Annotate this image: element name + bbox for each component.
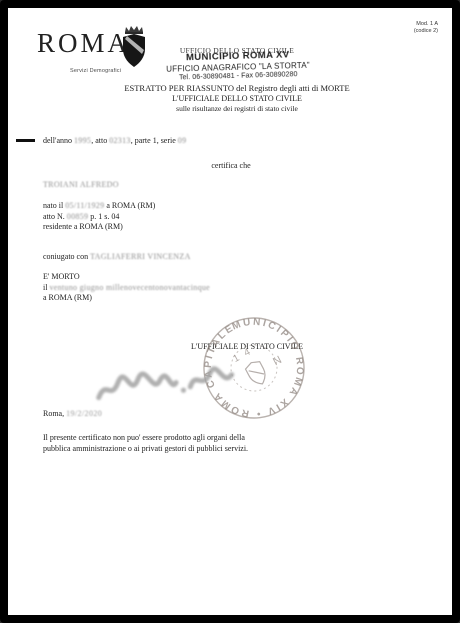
death-statement: E' MORTO [43, 272, 210, 283]
round-stamp-letter: N [271, 354, 284, 368]
place-prefix: Roma, [43, 409, 66, 418]
death-date-line: il ventuno giugno millenovecentonovantac… [43, 283, 210, 294]
round-stamp-shield-icon [244, 359, 269, 388]
birth-date-redacted: 05/11/1929 [65, 201, 104, 210]
certificate-title: ESTRATTO PER RIASSUNTO del Registro degl… [8, 83, 452, 93]
record-mid1: , atto [91, 136, 109, 145]
birth-act-number-redacted: 00859 [67, 212, 89, 221]
spouse-name-redacted: TAGLIAFERRI VINCENZA [90, 252, 191, 261]
disclaimer-text: Il presente certificato non puo' essere … [43, 433, 249, 454]
marriage-line: coniugato con TAGLIAFERRI VINCENZA [43, 252, 191, 263]
birth-act-prefix: atto N. [43, 212, 67, 221]
document-frame: ROMA Servizi Demografici Mod. 1 A (codic… [0, 0, 460, 623]
deceased-name-redacted: TROIANI ALFREDO [43, 180, 119, 191]
signature-blur [92, 358, 244, 411]
place-date-line: Roma, 19/2/2020 [43, 409, 102, 420]
residence-line: residente a ROMA (RM) [43, 222, 155, 233]
death-place-line: a ROMA (RM) [43, 293, 210, 304]
marriage-prefix: coniugato con [43, 252, 90, 261]
birth-act-suffix: p. 1 s. 04 [88, 212, 119, 221]
birth-prefix: nato il [43, 201, 65, 210]
birth-block: nato il 05/11/1929 a ROMA (RM) atto N. 0… [43, 201, 155, 233]
record-prefix: dell'anno [43, 136, 74, 145]
form-mod-label: Mod. 1 A [414, 21, 438, 28]
certifies-line: certifica che [8, 161, 452, 172]
certificate-subtitle2: sulle risultanze dei registri di stato c… [8, 104, 452, 113]
record-series-redacted: 09 [178, 136, 187, 145]
issue-date-redacted: 19/2/2020 [66, 409, 102, 418]
death-block: E' MORTO il ventuno giugno millenovecent… [43, 272, 210, 304]
form-codice-label: (codice 2) [414, 28, 438, 35]
birth-line: nato il 05/11/1929 a ROMA (RM) [43, 201, 155, 212]
record-line: dell'anno 1995, atto 02313, parte 1, ser… [43, 136, 186, 147]
margin-dash [16, 139, 35, 142]
birth-act-line: atto N. 00859 p. 1 s. 04 [43, 212, 155, 223]
form-code-block: Mod. 1 A (codice 2) [414, 21, 438, 35]
death-date-redacted: ventuno giugno millenovecentonovantacinq… [49, 283, 210, 292]
record-year-redacted: 1995 [74, 136, 91, 145]
record-mid2: , parte 1, serie [131, 136, 178, 145]
certificate-page: ROMA Servizi Demografici Mod. 1 A (codic… [8, 8, 452, 615]
birth-suffix: a ROMA (RM) [104, 201, 155, 210]
record-act-redacted: 02313 [109, 136, 131, 145]
certificate-subtitle: L'UFFICIALE DELLO STATO CIVILE [8, 94, 452, 103]
